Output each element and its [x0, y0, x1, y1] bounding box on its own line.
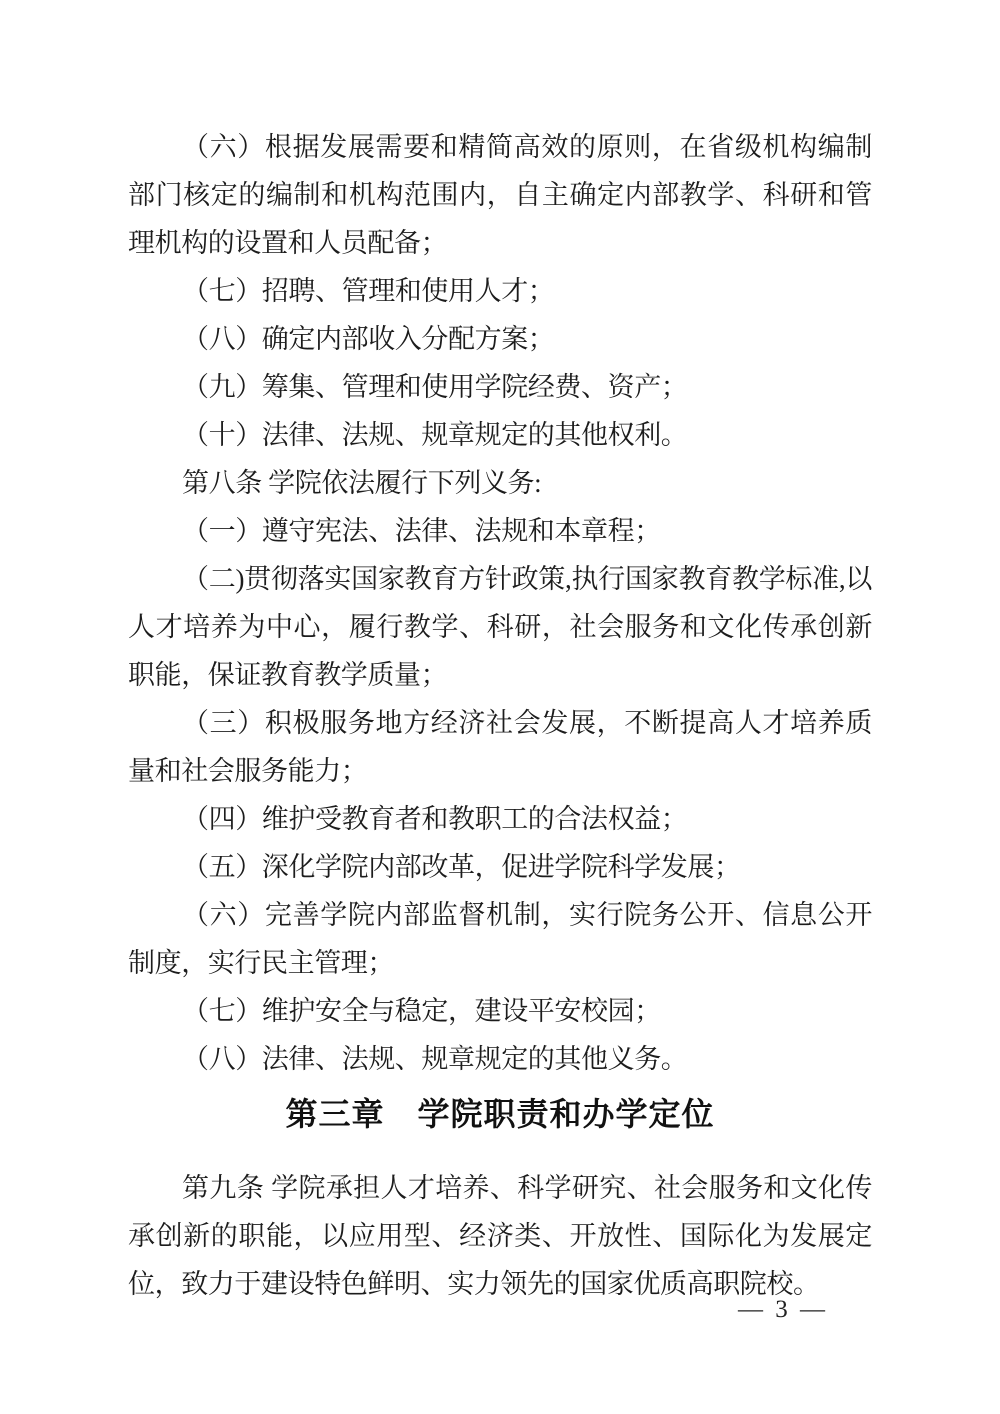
clause-paragraph: （四）维护受教育者和教职工的合法权益； — [128, 795, 872, 843]
clause-paragraph: （十）法律、法规、规章规定的其他权利。 — [128, 411, 872, 459]
document-body: （六）根据发展需要和精简高效的原则，在省级机构编制部门核定的编制和机构范围内，自… — [128, 123, 872, 1308]
clause-paragraph: （六）完善学院内部监督机制，实行院务公开、信息公开制度，实行民主管理； — [128, 891, 872, 987]
clause-paragraph: （二)贯彻落实国家教育方针政策,执行国家教育教学标准,以人才培养为中心，履行教学… — [128, 555, 872, 699]
clause-paragraph: （五）深化学院内部改革，促进学院科学发展； — [128, 843, 872, 891]
chapter-heading: 第三章 学院职责和办学定位 — [128, 1090, 872, 1138]
article-9-paragraph: 第九条 学院承担人才培养、科学研究、社会服务和文化传承创新的职能，以应用型、经济… — [128, 1164, 872, 1308]
article-8-paragraph: 第八条 学院依法履行下列义务: — [128, 459, 872, 507]
clause-paragraph: （七）招聘、管理和使用人才； — [128, 267, 872, 315]
clause-paragraph: （九）筹集、管理和使用学院经费、资产； — [128, 363, 872, 411]
clause-paragraph: （六）根据发展需要和精简高效的原则，在省级机构编制部门核定的编制和机构范围内，自… — [128, 123, 872, 267]
clause-paragraph: （七）维护安全与稳定，建设平安校园； — [128, 987, 872, 1035]
document-page: （六）根据发展需要和精简高效的原则，在省级机构编制部门核定的编制和机构范围内，自… — [0, 0, 1000, 1414]
clause-paragraph: （八）法律、法规、规章规定的其他义务。 — [128, 1035, 872, 1083]
clause-paragraph: （一）遵守宪法、法律、法规和本章程； — [128, 507, 872, 555]
clause-paragraph: （三）积极服务地方经济社会发展，不断提高人才培养质量和社会服务能力； — [128, 699, 872, 795]
clause-paragraph: （八）确定内部收入分配方案； — [128, 315, 872, 363]
page-number: — 3 — — [738, 1295, 828, 1325]
